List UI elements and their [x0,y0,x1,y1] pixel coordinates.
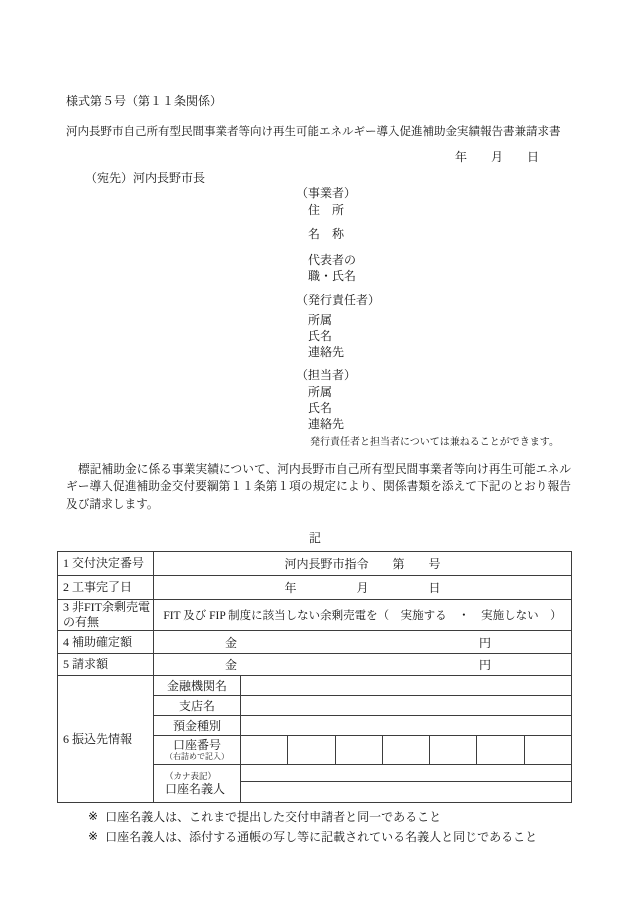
issuer-contact-label: 連絡先 [296,344,559,360]
business-name-label: 名 称 [296,226,559,242]
bank-transfer-label: 6 振込先情報 [58,676,154,802]
record-mark: 記 [0,530,630,546]
account-digit-cell [287,736,334,764]
document-title: 河内長野市自己所有型民間事業者等向け再生可能エネルギー導入促進補助金実績報告書兼… [66,124,561,140]
reference-mark: ※ [88,829,98,844]
completion-date-value: 年 月 日 [154,576,571,599]
bank-name-value [241,676,571,695]
bank-name-row: 金融機関名 [154,676,571,695]
account-digit-cell [382,736,429,764]
account-digit-cell [335,736,382,764]
business-section-header: （事業者） [296,185,559,201]
account-number-cells [241,736,571,764]
account-digit-cell [241,736,287,764]
person-name-label: 氏名 [296,400,559,416]
account-holder-value [241,782,571,802]
branch-name-label: 支店名 [154,696,241,715]
report-table: 1 交付決定番号 河内長野市指令 第 号 2 工事完了日 年 月 日 3 非FI… [57,551,572,803]
person-contact-label: 連絡先 [296,416,559,432]
document-page: 様式第５号（第１１条関係） 河内長野市自己所有型民間事業者等向け再生可能エネルギ… [0,0,630,903]
kana-notation-label: （カナ表記） [165,770,216,782]
grant-number-label: 1 交付決定番号 [58,552,154,575]
footnote-text: 口座名義人は、これまで提出した交付申請者と同一であること [105,808,441,825]
branch-name-row: 支店名 [154,695,571,715]
deposit-type-label: 預金種別 [154,716,241,735]
account-digit-cell [524,736,571,764]
footnote-line: ※ 口座名義人は、これまで提出した交付申請者と同一であること [88,806,537,826]
business-address-label: 住 所 [296,202,559,218]
date-line: 年 月 日 [455,149,539,165]
branch-name-value [241,696,571,715]
footnote-line: ※ 口座名義人は、添付する通帳の写し等に記載されている名義人と同じであること [88,826,537,846]
table-row-non-fit: 3 非FIT余剰売電の有無 FIT 及び FIP 制度に該当しない余剰売電を（ … [58,599,571,630]
account-holder-label-cell: （カナ表記） 口座名義人 [154,765,241,802]
grant-number-value: 河内長野市指令 第 号 [154,552,571,575]
parties-block: （事業者） 住 所 名 称 代表者の 職・氏名 （発行責任者） 所属 氏名 連絡… [296,185,559,449]
bank-name-label: 金融機関名 [154,676,241,695]
deposit-type-value [241,716,571,735]
reference-mark: ※ [88,809,98,824]
issuer-dept-label: 所属 [296,312,559,328]
confirmed-amount-value: 金 円 [154,631,571,653]
addressee-line: （宛先）河内長野市長 [85,170,205,186]
form-number: 様式第５号（第１１条関係） [66,93,222,109]
person-dept-label: 所属 [296,384,559,400]
confirmed-amount-label: 4 補助確定額 [58,631,154,653]
claim-amount-label: 5 請求額 [58,654,154,675]
yen-suffix: 円 [479,634,491,651]
deposit-type-row: 預金種別 [154,715,571,735]
account-holder-label: 口座名義人 [165,782,225,797]
issuer-section-header: （発行責任者） [296,292,559,308]
representative-label-line1: 代表者の [296,252,559,268]
account-number-label: 口座番号 （右詰めで記入） [154,736,241,764]
footnotes: ※ 口座名義人は、これまで提出した交付申請者と同一であること ※ 口座名義人は、… [88,806,537,846]
table-row-bank-transfer: 6 振込先情報 金融機関名 支店名 預金種別 口座番号 [58,675,571,802]
completion-date-label: 2 工事完了日 [58,576,154,599]
account-digit-cell [429,736,476,764]
yen-prefix: 金 [225,634,237,651]
table-row-completion-date: 2 工事完了日 年 月 日 [58,575,571,599]
claim-amount-value: 金 円 [154,654,571,675]
table-row-claim-amount: 5 請求額 金 円 [58,653,571,675]
body-paragraph: 標記補助金に係る事業実績について、河内長野市自己所有型民間事業者等向け再生可能エ… [66,461,571,513]
yen-prefix: 金 [225,656,237,673]
table-row-grant-number: 1 交付決定番号 河内長野市指令 第 号 [58,552,571,575]
footnote-text: 口座名義人は、添付する通帳の写し等に記載されている名義人と同じであること [105,828,537,845]
non-fit-label: 3 非FIT余剰売電の有無 [58,600,154,630]
kana-notation-value [241,765,571,782]
table-row-confirmed-amount: 4 補助確定額 金 円 [58,630,571,653]
representative-label-line2: 職・氏名 [296,268,559,284]
account-digit-cell [476,736,523,764]
yen-suffix: 円 [479,656,491,673]
account-number-note: （右詰めで記入） [165,752,229,761]
person-section-header: （担当者） [296,367,559,383]
non-fit-value: FIT 及び FIP 制度に該当しない余剰売電を（ 実施する ・ 実施しない ） [154,600,571,630]
account-number-row: 口座番号 （右詰めで記入） [154,735,571,764]
account-holder-values [241,765,571,802]
bank-transfer-subtable: 金融機関名 支店名 預金種別 口座番号 （右詰めで記入） [154,676,571,802]
account-holder-row: （カナ表記） 口座名義人 [154,764,571,802]
issuer-person-note: 発行責任者と担当者については兼ねることができます。 [296,436,559,449]
issuer-name-label: 氏名 [296,328,559,344]
